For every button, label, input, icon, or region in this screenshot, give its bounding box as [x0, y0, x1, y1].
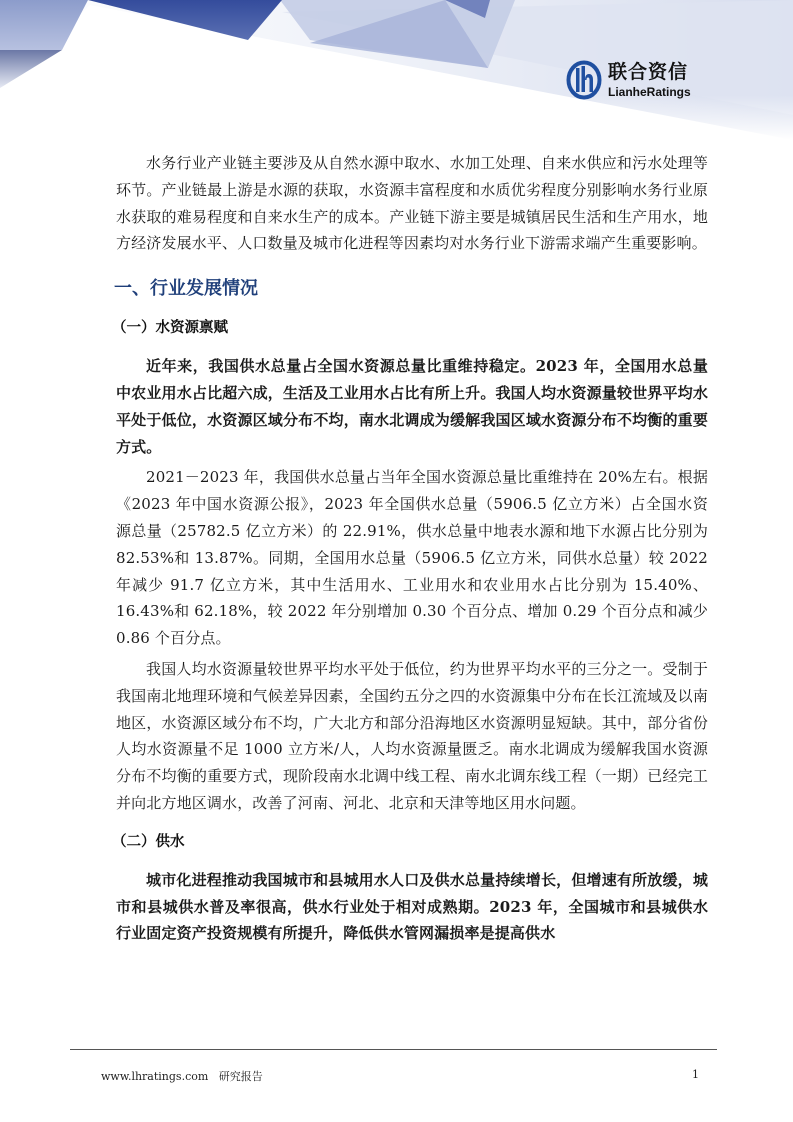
- paragraph-supply-volume: 2021－2023 年，我国供水总量占当年全国水资源总量比重维持在 20%左右。…: [116, 464, 708, 652]
- footer-doc-type: 研究报告: [219, 1070, 263, 1083]
- logo-name-en: LianheRatings: [608, 86, 691, 98]
- footer-divider: [70, 1049, 717, 1050]
- intro-paragraph: 水务行业产业链主要涉及从自然水源中取水、水加工处理、自来水供应和污水处理等环节。…: [116, 150, 708, 257]
- logo-name-cn: 联合资信: [608, 63, 691, 82]
- subsection-heading-water-supply: （二）供水: [112, 829, 708, 855]
- summary-paragraph-water-supply: 城市化进程推动我国城市和县城用水人口及供水总量持续增长，但增速有所放缓，城市和县…: [116, 867, 708, 947]
- company-logo: 联合资信 LianheRatings: [566, 60, 691, 100]
- summary-paragraph-water-resources: 近年来，我国供水总量占全国水资源总量比重维持稳定。2023 年，全国用水总量中农…: [116, 353, 708, 460]
- footer-source: www.lhratings.com 研究报告: [101, 1068, 263, 1084]
- footer-website-link[interactable]: www.lhratings.com: [101, 1070, 208, 1083]
- section-heading: 一、行业发展情况: [114, 275, 708, 303]
- paragraph-per-capita-resources: 我国人均水资源量较世界平均水平处于低位，约为世界平均水平的三分之一。受制于我国南…: [116, 656, 708, 817]
- subsection-heading-water-resources: （一）水资源禀赋: [112, 315, 708, 341]
- document-body: 水务行业产业链主要涉及从自然水源中取水、水加工处理、自来水供应和污水处理等环节。…: [116, 150, 708, 947]
- lh-circle-logo-icon: [566, 60, 602, 100]
- page-number: 1: [692, 1068, 699, 1081]
- header-decoration: 联合资信 LianheRatings: [0, 0, 793, 140]
